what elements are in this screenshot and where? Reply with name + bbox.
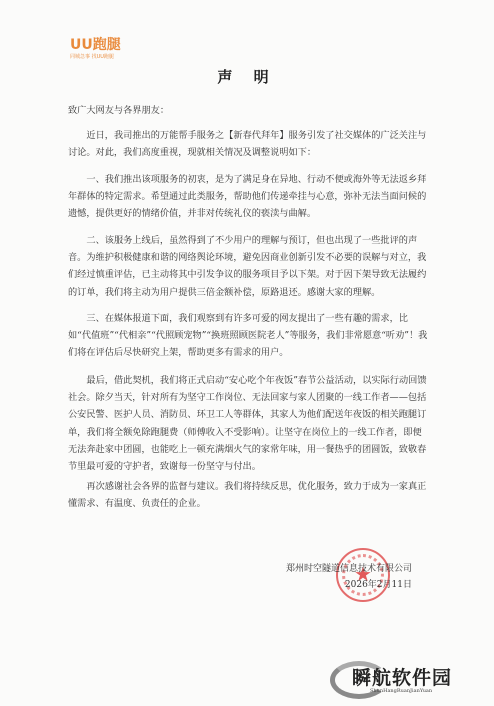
- watermark-pinyin: ShunHangRuanJianYuan: [370, 688, 432, 694]
- paragraph-point-2: 二、该服务上线后，虽然得到了不少用户的理解与预订，但也出现了一些批评的声音。为维…: [68, 232, 428, 301]
- paragraph-point-1: 一、我们推出该项服务的初衷，是为了满足身在异地、行动不便或海外等无法返乡拜年群体…: [68, 171, 428, 223]
- brand-logo: UU跑腿 同城急事 找UU跑腿: [70, 38, 140, 62]
- paragraph-point-3: 三、在媒体报道下面，我们观察到有许多可爱的网友提出了一些有趣的需求，比如“代值班…: [68, 310, 428, 362]
- document-title: 声 明: [0, 66, 494, 87]
- logo-tagline: 同城急事 找UU跑腿: [70, 54, 140, 60]
- logo-wordmark: UU跑腿: [70, 38, 140, 53]
- signature-company: 郑州时空隧道信息技术有限公司: [286, 561, 412, 577]
- signature-date: 2026年2月11日: [286, 577, 412, 593]
- paragraph-thanks: 再次感谢社会各界的监督与建议。我们将持续反思，优化服务，致力于成为一家真正懂需求…: [68, 478, 428, 512]
- paragraph-intro: 近日，我司推出的万能帮手服务之【新春代拜年】服务引发了社交媒体的广泛关注与讨论。…: [68, 127, 428, 161]
- signature-block: 郑州时空隧道信息技术有限公司 2026年2月11日: [286, 561, 412, 593]
- paragraph-finally: 最后，借此契机，我们将正式启动“安心吃个年夜饭”春节公益活动，以实际行动回馈社会…: [68, 372, 428, 475]
- greeting: 致广大网友与各界朋友：: [68, 102, 428, 119]
- watermark-text: 瞬航软件园: [352, 663, 452, 690]
- watermark-logo: 瞬航软件园 ShunHangRuanJianYuan: [330, 655, 485, 699]
